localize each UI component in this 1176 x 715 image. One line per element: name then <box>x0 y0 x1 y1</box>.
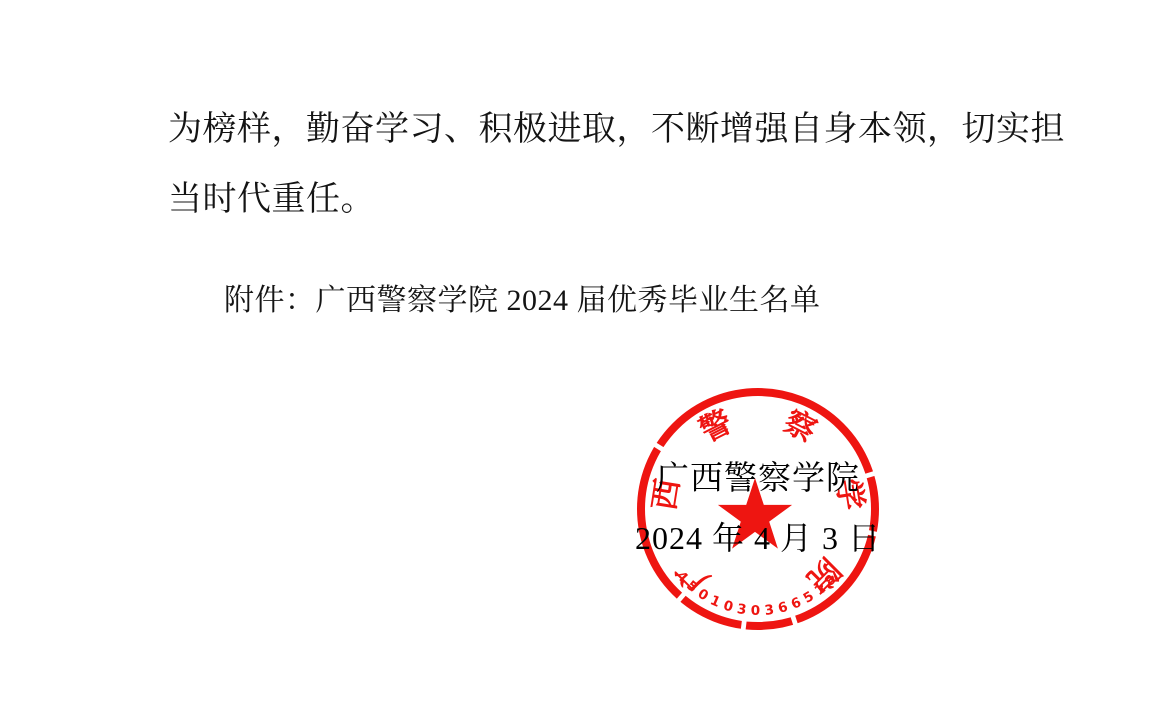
official-seal: 广西警察学院 4501030366518 <box>623 374 893 644</box>
signature-date: 2024 年 4 月 3 日 <box>619 513 897 559</box>
attachment-line: 附件：广西警察学院 2024 届优秀毕业生名单 <box>224 281 821 321</box>
document-page: 为榜样，勤奋学习、积极进取，不断增强自身本领，切实担 当时代重任。 附件：广西警… <box>0 0 1176 715</box>
body-paragraph: 为榜样，勤奋学习、积极进取，不断增强自身本领，切实担 当时代重任。 <box>168 95 1080 235</box>
paragraph-line-2: 当时代重任。 <box>168 165 1080 235</box>
signature-org: 广西警察学院 <box>621 452 895 499</box>
paragraph-line-1: 为榜样，勤奋学习、积极进取，不断增强自身本领，切实担 <box>168 95 1080 165</box>
seal-graphic: 广西警察学院 4501030366518 <box>623 374 893 644</box>
